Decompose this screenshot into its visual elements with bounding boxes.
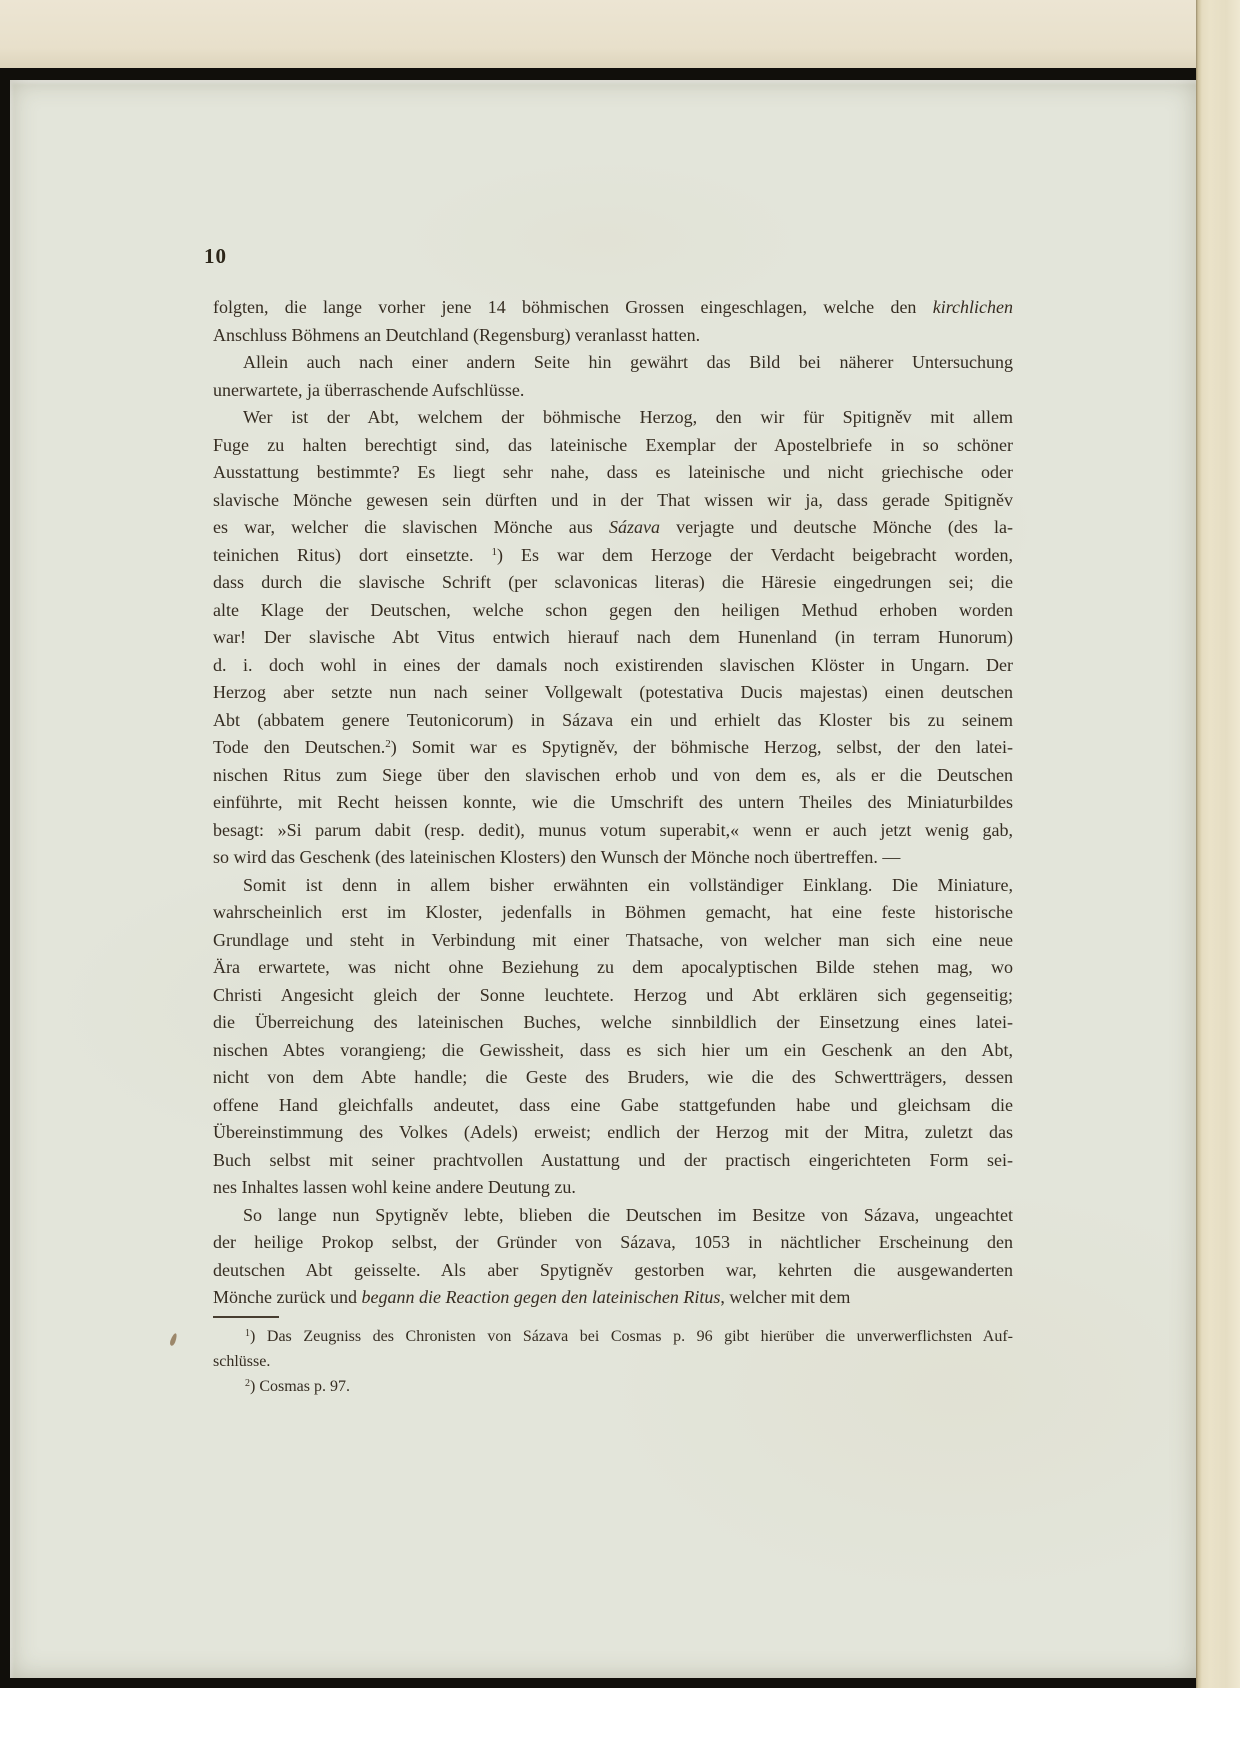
text-line: Übereinstimmung des Volkes (Adels) erwei… bbox=[213, 1119, 1013, 1147]
ink-speck bbox=[169, 1333, 178, 1347]
text-line: Mönche zurück und begann die Reaction ge… bbox=[213, 1284, 1013, 1312]
text-line: einführte, mit Recht heissen konnte, wie… bbox=[213, 789, 1013, 817]
text-line: Christi Angesicht gleich der Sonne leuch… bbox=[213, 982, 1013, 1010]
text-line: Somit ist denn in allem bisher erwähnten… bbox=[213, 872, 1013, 900]
text-line: deutschen Abt geisselte. Als aber Spytig… bbox=[213, 1257, 1013, 1285]
text-line: Allein auch nach einer andern Seite hin … bbox=[213, 349, 1013, 377]
text-line: Tode den Deutschen.2) Somit war es Spyti… bbox=[213, 734, 1013, 762]
text-line: wahrscheinlich erst im Kloster, jedenfal… bbox=[213, 899, 1013, 927]
text-line: So lange nun Spytigněv lebte, blieben di… bbox=[213, 1202, 1013, 1230]
footnote-separator-rule bbox=[213, 1316, 279, 1318]
text-line: folgten, die lange vorher jene 14 böhmis… bbox=[213, 294, 1013, 322]
text-line: der heilige Prokop selbst, der Gründer v… bbox=[213, 1229, 1013, 1257]
text-line: Herzog aber setzte nun nach seiner Vollg… bbox=[213, 679, 1013, 707]
page-number: 10 bbox=[204, 244, 227, 269]
text-line: Buch selbst mit seiner prachtvollen Aust… bbox=[213, 1147, 1013, 1175]
text-line: 1) Das Zeugniss des Chronisten von Sázav… bbox=[213, 1324, 1013, 1349]
text-line: die Überreichung des lateinischen Buches… bbox=[213, 1009, 1013, 1037]
page-stack-edge-right bbox=[1196, 0, 1240, 1688]
text-line: nicht von dem Abte handle; die Geste des… bbox=[213, 1064, 1013, 1092]
book-page: 10 folgten, die lange vorher jene 14 böh… bbox=[10, 80, 1196, 1678]
text-line: dass durch die slavische Schrift (per sc… bbox=[213, 569, 1013, 597]
text-line: es war, welcher die slavischen Mönche au… bbox=[213, 514, 1013, 542]
text-line: d. i. doch wohl in eines der damals noch… bbox=[213, 652, 1013, 680]
text-line: war! Der slavische Abt Vitus entwich hie… bbox=[213, 624, 1013, 652]
text-line: teinichen Ritus) dort einsetzte. 1) Es w… bbox=[213, 542, 1013, 570]
text-line: alte Klage der Deutschen, welche schon g… bbox=[213, 597, 1013, 625]
text-line: nischen Abtes vorangieng; die Gewissheit… bbox=[213, 1037, 1013, 1065]
text-line: unerwartete, ja überraschende Aufschlüss… bbox=[213, 377, 1013, 405]
text-line: schlüsse. bbox=[213, 1349, 1013, 1374]
adjacent-pages-edge-top bbox=[0, 0, 1240, 68]
text-line: 2) Cosmas p. 97. bbox=[213, 1374, 1013, 1399]
footnotes: 1) Das Zeugniss des Chronisten von Sázav… bbox=[213, 1324, 1013, 1399]
text-line: Anschluss Böhmens an Deutchland (Regensb… bbox=[213, 322, 1013, 350]
text-line: nes Inhaltes lassen wohl keine andere De… bbox=[213, 1174, 1013, 1202]
scanned-book-page: 10 folgten, die lange vorher jene 14 böh… bbox=[0, 0, 1240, 1755]
text-line: nischen Ritus zum Siege über den slavisc… bbox=[213, 762, 1013, 790]
text-line: Ära erwartete, was nicht ohne Beziehung … bbox=[213, 954, 1013, 982]
text-line: slavische Mönche gewesen sein dürften un… bbox=[213, 487, 1013, 515]
text-line: Ausstattung bestimmte? Es liegt sehr nah… bbox=[213, 459, 1013, 487]
text-line: Abt (abbatem genere Teutonicorum) in Sáz… bbox=[213, 707, 1013, 735]
text-line: offene Hand gleichfalls andeutet, dass e… bbox=[213, 1092, 1013, 1120]
text-line: Wer ist der Abt, welchem der böhmische H… bbox=[213, 404, 1013, 432]
text-line: Fuge zu halten berechtigt sind, das late… bbox=[213, 432, 1013, 460]
body-text: folgten, die lange vorher jene 14 böhmis… bbox=[213, 294, 1013, 1312]
text-line: Grundlage und steht in Verbindung mit ei… bbox=[213, 927, 1013, 955]
text-line: so wird das Geschenk (des lateinischen K… bbox=[213, 844, 1013, 872]
text-line: besagt: »Si parum dabit (resp. dedit), m… bbox=[213, 817, 1013, 845]
